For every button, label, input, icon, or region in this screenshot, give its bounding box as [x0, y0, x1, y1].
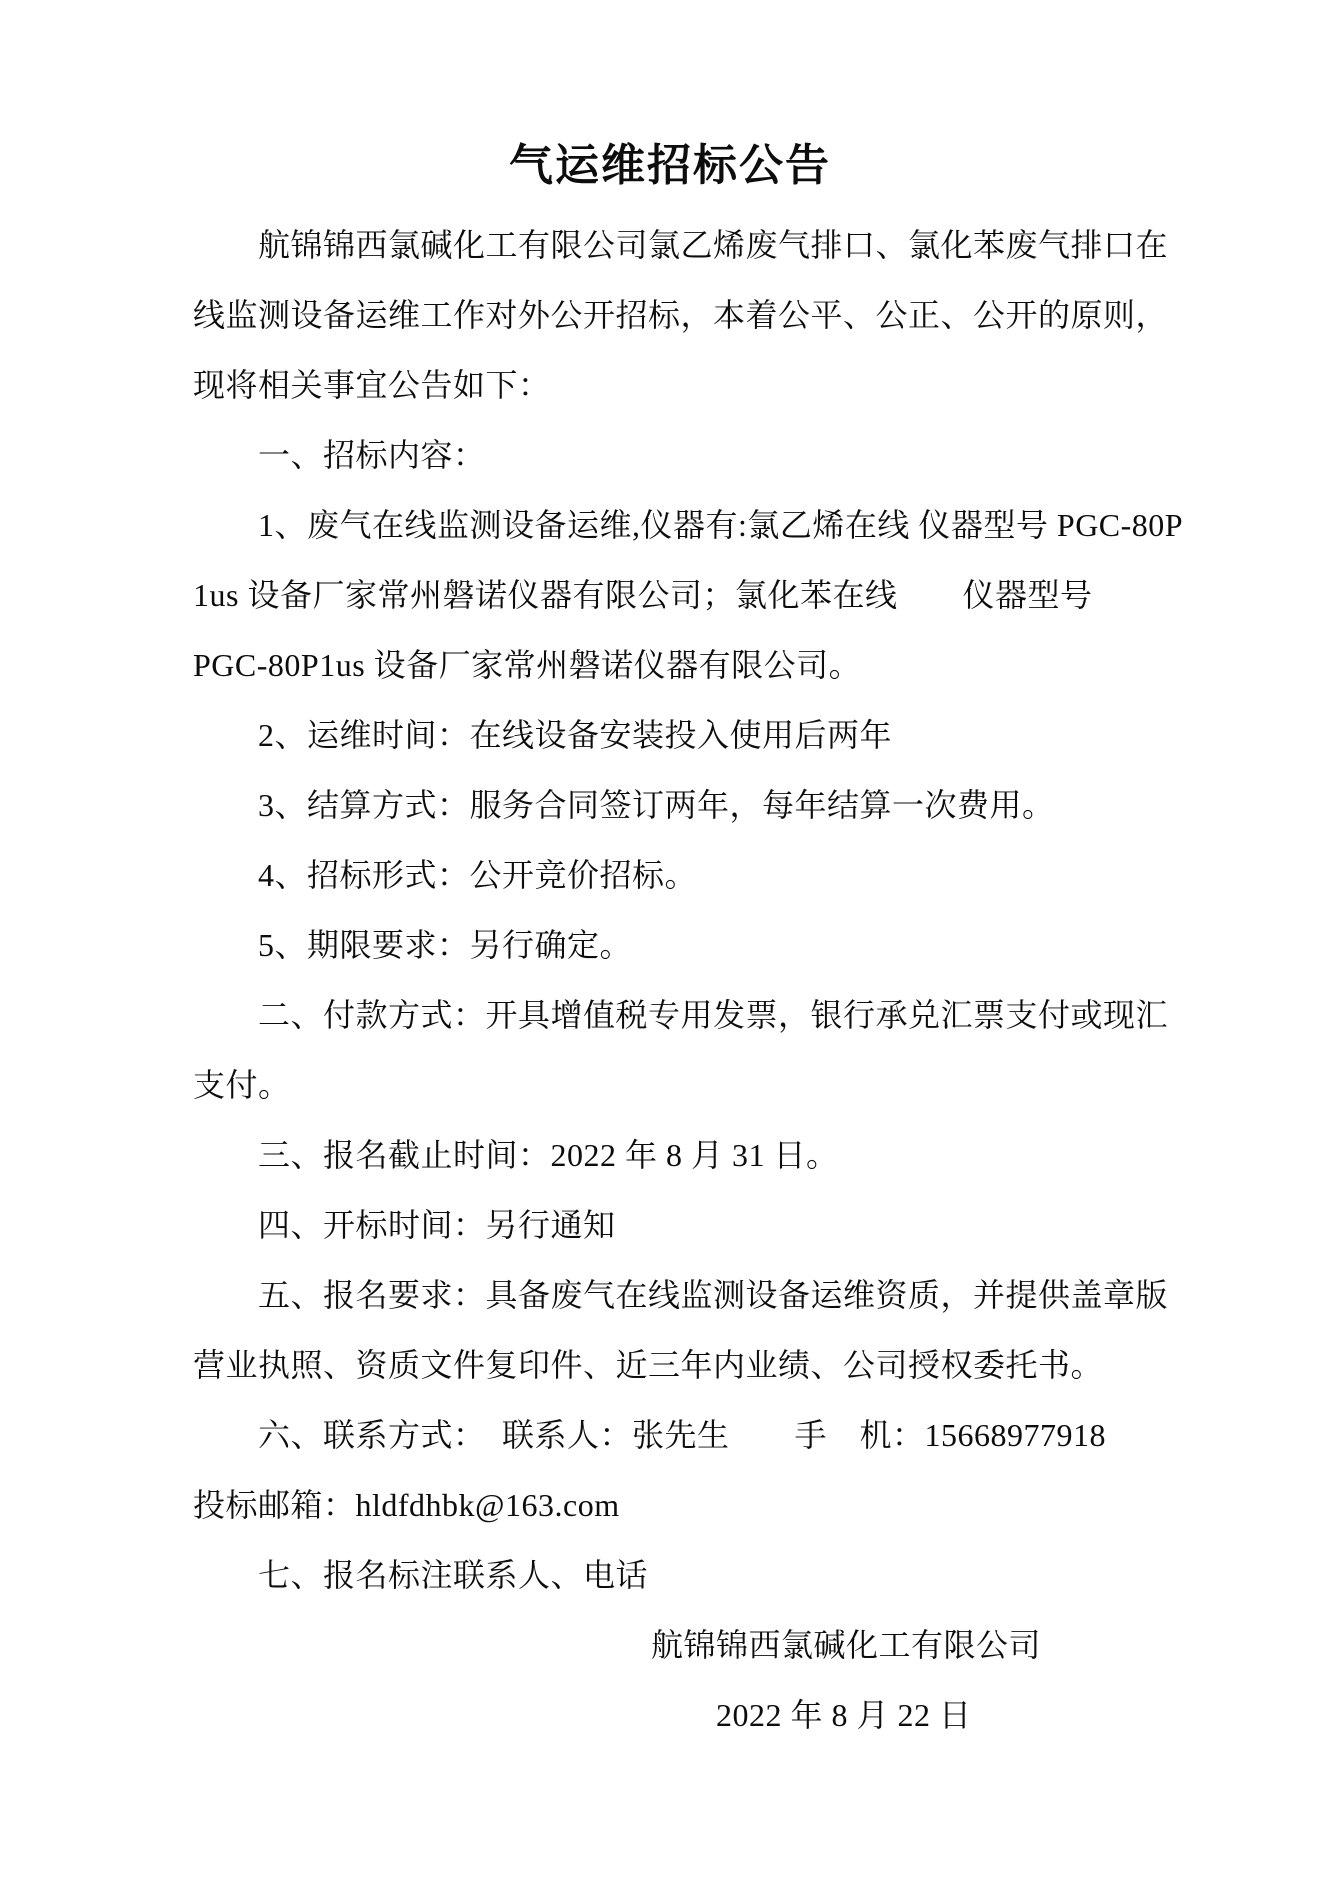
section-2-payment-line-2: 支付。	[193, 1050, 1153, 1120]
section-3-deadline: 三、报名截止时间：2022 年 8 月 31 日。	[193, 1120, 1153, 1190]
bid-email-line: 投标邮箱：hldfdhbk@163.com	[193, 1470, 1153, 1540]
section-2-payment-line-1: 二、付款方式：开具增值税专用发票，银行承兑汇票支付或现汇	[193, 980, 1153, 1050]
section-1-item-2: 2、运维时间：在线设备安装投入使用后两年	[193, 700, 1153, 770]
document-page: 气运维招标公告 航锦锦西氯碱化工有限公司氯乙烯废气排口、氯化苯废气排口在 线监测…	[0, 0, 1340, 1895]
document-body: 航锦锦西氯碱化工有限公司氯乙烯废气排口、氯化苯废气排口在 线监测设备运维工作对外…	[193, 210, 1153, 1750]
section-4-bid-opening: 四、开标时间：另行通知	[193, 1190, 1153, 1260]
signature-company-name: 航锦锦西氯碱化工有限公司	[193, 1610, 1153, 1680]
section-1-item-1-line-3: PGC-80P1us 设备厂家常州磐诺仪器有限公司。	[193, 630, 1153, 700]
paragraph-intro-line-2: 线监测设备运维工作对外公开招标，本着公平、公正、公开的原则，	[193, 280, 1153, 350]
section-5-requirements-line-1: 五、报名要求：具备废气在线监测设备运维资质，并提供盖章版	[193, 1260, 1153, 1330]
section-1-item-1-line-1: 1、废气在线监测设备运维,仪器有:氯乙烯在线 仪器型号 PGC-80P	[193, 490, 1153, 560]
section-1-item-1-line-2: 1us 设备厂家常州磐诺仪器有限公司；氯化苯在线 仪器型号	[193, 560, 1153, 630]
section-1-item-5: 5、期限要求：另行确定。	[193, 910, 1153, 980]
section-7-note: 七、报名标注联系人、电话	[193, 1540, 1153, 1610]
document-title: 气运维招标公告	[0, 140, 1340, 192]
signature-date: 2022 年 8 月 22 日	[193, 1680, 1153, 1750]
section-5-requirements-line-2: 营业执照、资质文件复印件、近三年内业绩、公司授权委托书。	[193, 1330, 1153, 1400]
section-1-item-3: 3、结算方式：服务合同签订两年，每年结算一次费用。	[193, 770, 1153, 840]
section-1-item-4: 4、招标形式：公开竞价招标。	[193, 840, 1153, 910]
section-6-contact: 六、联系方式： 联系人：张先生 手 机：15668977918	[193, 1400, 1153, 1470]
paragraph-intro-line-3: 现将相关事宜公告如下：	[193, 350, 1153, 420]
paragraph-intro-line-1: 航锦锦西氯碱化工有限公司氯乙烯废气排口、氯化苯废气排口在	[193, 210, 1153, 280]
section-1-heading: 一、招标内容：	[193, 420, 1153, 490]
